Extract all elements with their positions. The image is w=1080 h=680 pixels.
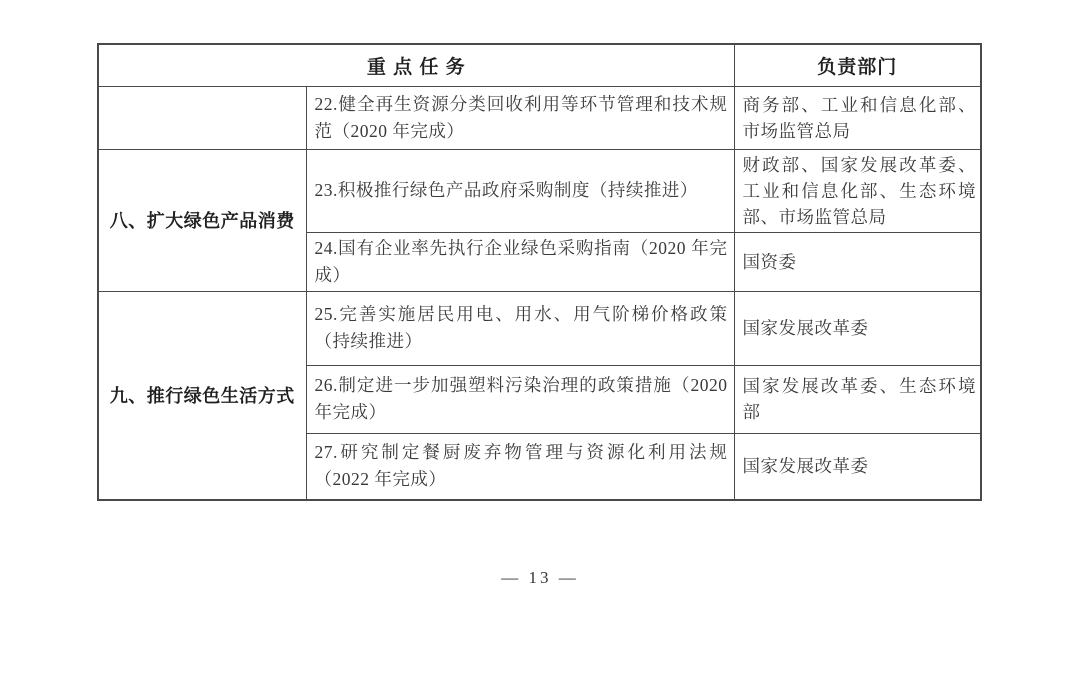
task-cell: 27.研究制定餐厨废弃物管理与资源化利用法规（2022 年完成）: [306, 433, 734, 500]
task-cell: 24.国有企业率先执行企业绿色采购指南（2020 年完成）: [306, 232, 734, 291]
table-header-row: 重 点 任 务 负责部门: [98, 44, 981, 86]
department-cell: 国家发展改革委: [734, 433, 981, 500]
task-cell: 26.制定进一步加强塑料污染治理的政策措施（2020 年完成）: [306, 365, 734, 433]
department-cell: 财政部、国家发展改革委、工业和信息化部、生态环境部、市场监管总局: [734, 149, 981, 232]
section-cell-8: 八、扩大绿色产品消费: [98, 149, 306, 291]
task-cell: 22.健全再生资源分类回收利用等环节管理和技术规范（2020 年完成）: [306, 86, 734, 149]
key-tasks-table: 重 点 任 务 负责部门 22.健全再生资源分类回收利用等环节管理和技术规范（2…: [97, 43, 982, 501]
table-row: 22.健全再生资源分类回收利用等环节管理和技术规范（2020 年完成） 商务部、…: [98, 86, 981, 149]
task-cell: 25.完善实施居民用电、用水、用气阶梯价格政策（持续推进）: [306, 291, 734, 365]
department-cell: 商务部、工业和信息化部、市场监管总局: [734, 86, 981, 149]
department-cell: 国资委: [734, 232, 981, 291]
department-cell: 国家发展改革委、生态环境部: [734, 365, 981, 433]
table-row: 八、扩大绿色产品消费 23.积极推行绿色产品政府采购制度（持续推进） 财政部、国…: [98, 149, 981, 232]
department-cell: 国家发展改革委: [734, 291, 981, 365]
column-header-key-tasks: 重 点 任 务: [98, 44, 734, 86]
column-header-department: 负责部门: [734, 44, 981, 86]
table-row: 九、推行绿色生活方式 25.完善实施居民用电、用水、用气阶梯价格政策（持续推进）…: [98, 291, 981, 365]
task-cell: 23.积极推行绿色产品政府采购制度（持续推进）: [306, 149, 734, 232]
section-cell-9: 九、推行绿色生活方式: [98, 291, 306, 500]
page-number: — 13 —: [0, 568, 1080, 588]
document-page: 重 点 任 务 负责部门 22.健全再生资源分类回收利用等环节管理和技术规范（2…: [0, 0, 1080, 680]
section-cell-empty: [98, 86, 306, 149]
